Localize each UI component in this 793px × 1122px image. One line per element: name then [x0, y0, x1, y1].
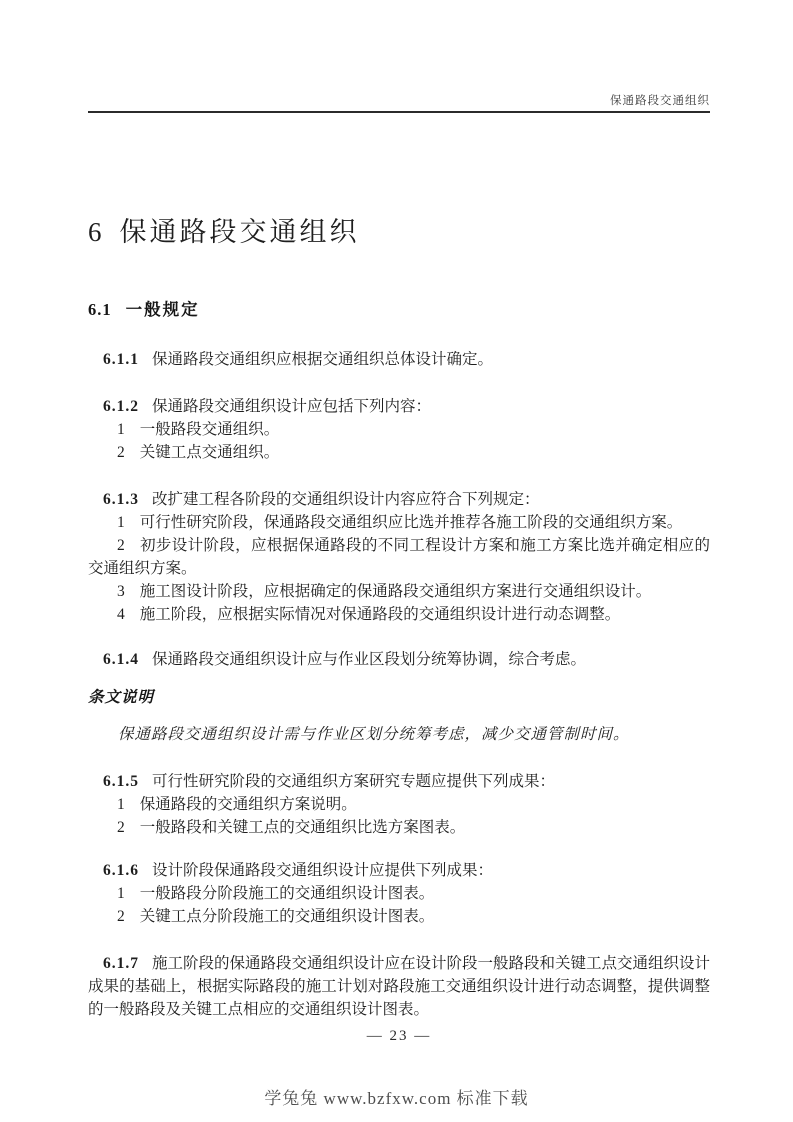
- list-item: 1一般路段分阶段施工的交通组织设计图表。: [88, 882, 710, 905]
- clause-number: 6.1.6: [103, 862, 139, 879]
- item-text: 一般路段和关键工点的交通组织比选方案图表。: [140, 819, 466, 836]
- clause-6-1-1: 6.1.1保通路段交通组织应根据交通组织总体设计确定。: [88, 348, 710, 371]
- clause-text: 可行性研究阶段的交通组织方案研究专题应提供下列成果：: [152, 773, 555, 790]
- clause-number: 6.1.3: [103, 491, 139, 508]
- item-text: 一般路段交通组织。: [140, 421, 280, 438]
- clause-number: 6.1.1: [103, 351, 139, 368]
- section-title: 一般规定: [126, 300, 200, 319]
- item-text: 可行性研究阶段，保通路段交通组织应比选并推荐各施工阶段的交通组织方案。: [140, 514, 683, 531]
- item-number: 1: [117, 885, 125, 902]
- clause-6-1-2: 6.1.2保通路段交通组织设计应包括下列内容：: [88, 395, 710, 418]
- list-item: 2一般路段和关键工点的交通组织比选方案图表。: [88, 816, 710, 839]
- list-item: 3施工图设计阶段，应根据确定的保通路段交通组织方案进行交通组织设计。: [88, 580, 710, 603]
- chapter-number: 6: [88, 217, 102, 247]
- item-number: 1: [117, 796, 125, 813]
- page-number: — 23 —: [88, 1025, 710, 1048]
- section-heading: 6.1一般规定: [88, 299, 710, 321]
- commentary-heading: 条文说明: [88, 688, 710, 708]
- clause-text: 保通路段交通组织设计应与作业区段划分统筹协调，综合考虑。: [152, 651, 586, 668]
- list-item: 2初步设计阶段，应根据保通路段的不同工程设计方案和施工方案比选并确定相应的交通组…: [88, 534, 710, 580]
- clause-6-1-7: 6.1.7施工阶段的保通路段交通组织设计应在设计阶段一般路段和关键工点交通组织设…: [88, 952, 710, 1021]
- header-rule: [88, 111, 710, 113]
- item-text: 保通路段的交通组织方案说明。: [140, 796, 357, 813]
- chapter-heading: 6保通路段交通组织: [88, 210, 360, 249]
- clause-6-1-5: 6.1.5可行性研究阶段的交通组织方案研究专题应提供下列成果：: [88, 770, 710, 793]
- list-item: 1可行性研究阶段，保通路段交通组织应比选并推荐各施工阶段的交通组织方案。: [88, 511, 710, 534]
- list-item: 4施工阶段，应根据实际情况对保通路段的交通组织设计进行动态调整。: [88, 603, 710, 626]
- list-item: 2关键工点分阶段施工的交通组织设计图表。: [88, 905, 710, 928]
- clause-number: 6.1.2: [103, 398, 139, 415]
- list-item: 1一般路段交通组织。: [88, 418, 710, 441]
- watermark-text: 学兔兔 www.bzfxw.com 标准下载: [0, 1084, 793, 1109]
- item-text: 初步设计阶段，应根据保通路段的不同工程设计方案和施工方案比选并确定相应的交通组织…: [88, 537, 710, 577]
- item-number: 2: [117, 537, 125, 554]
- clause-6-1-3: 6.1.3改扩建工程各阶段的交通组织设计内容应符合下列规定：: [88, 488, 710, 511]
- commentary-text: 保通路段交通组织设计需与作业区划分统筹考虑，减少交通管制时间。: [88, 723, 710, 746]
- body-text: 6.1一般规定 6.1.1保通路段交通组织应根据交通组织总体设计确定。 6.1.…: [88, 299, 710, 1048]
- clause-text: 保通路段交通组织设计应包括下列内容：: [152, 398, 431, 415]
- clause-number: 6.1.4: [103, 651, 139, 668]
- clause-text: 改扩建工程各阶段的交通组织设计内容应符合下列规定：: [152, 491, 540, 508]
- clause-text: 施工阶段的保通路段交通组织设计应在设计阶段一般路段和关键工点交通组织设计成果的基…: [88, 955, 710, 1018]
- section-number: 6.1: [88, 300, 112, 319]
- item-number: 2: [117, 819, 125, 836]
- list-item: 1保通路段的交通组织方案说明。: [88, 793, 710, 816]
- list-item: 2关键工点交通组织。: [88, 441, 710, 464]
- running-header-title: 保通路段交通组织: [610, 92, 710, 108]
- clause-text: 保通路段交通组织应根据交通组织总体设计确定。: [152, 351, 493, 368]
- item-text: 施工图设计阶段，应根据确定的保通路段交通组织方案进行交通组织设计。: [140, 583, 652, 600]
- clause-6-1-6: 6.1.6设计阶段保通路段交通组织设计应提供下列成果：: [88, 859, 710, 882]
- item-number: 4: [117, 606, 125, 623]
- item-number: 2: [117, 908, 125, 925]
- item-text: 一般路段分阶段施工的交通组织设计图表。: [140, 885, 435, 902]
- item-number: 1: [117, 514, 125, 531]
- item-number: 3: [117, 583, 125, 600]
- item-number: 2: [117, 444, 125, 461]
- clause-6-1-4: 6.1.4保通路段交通组织设计应与作业区段划分统筹协调，综合考虑。: [88, 648, 710, 671]
- clause-text: 设计阶段保通路段交通组织设计应提供下列成果：: [152, 862, 493, 879]
- item-text: 关键工点分阶段施工的交通组织设计图表。: [140, 908, 435, 925]
- clause-number: 6.1.7: [103, 955, 139, 972]
- item-number: 1: [117, 421, 125, 438]
- item-text: 施工阶段，应根据实际情况对保通路段的交通组织设计进行动态调整。: [140, 606, 621, 623]
- document-page: 保通路段交通组织 6保通路段交通组织 6.1一般规定 6.1.1保通路段交通组织…: [0, 0, 793, 1122]
- chapter-title: 保通路段交通组织: [120, 217, 360, 247]
- clause-number: 6.1.5: [103, 773, 139, 790]
- item-text: 关键工点交通组织。: [140, 444, 280, 461]
